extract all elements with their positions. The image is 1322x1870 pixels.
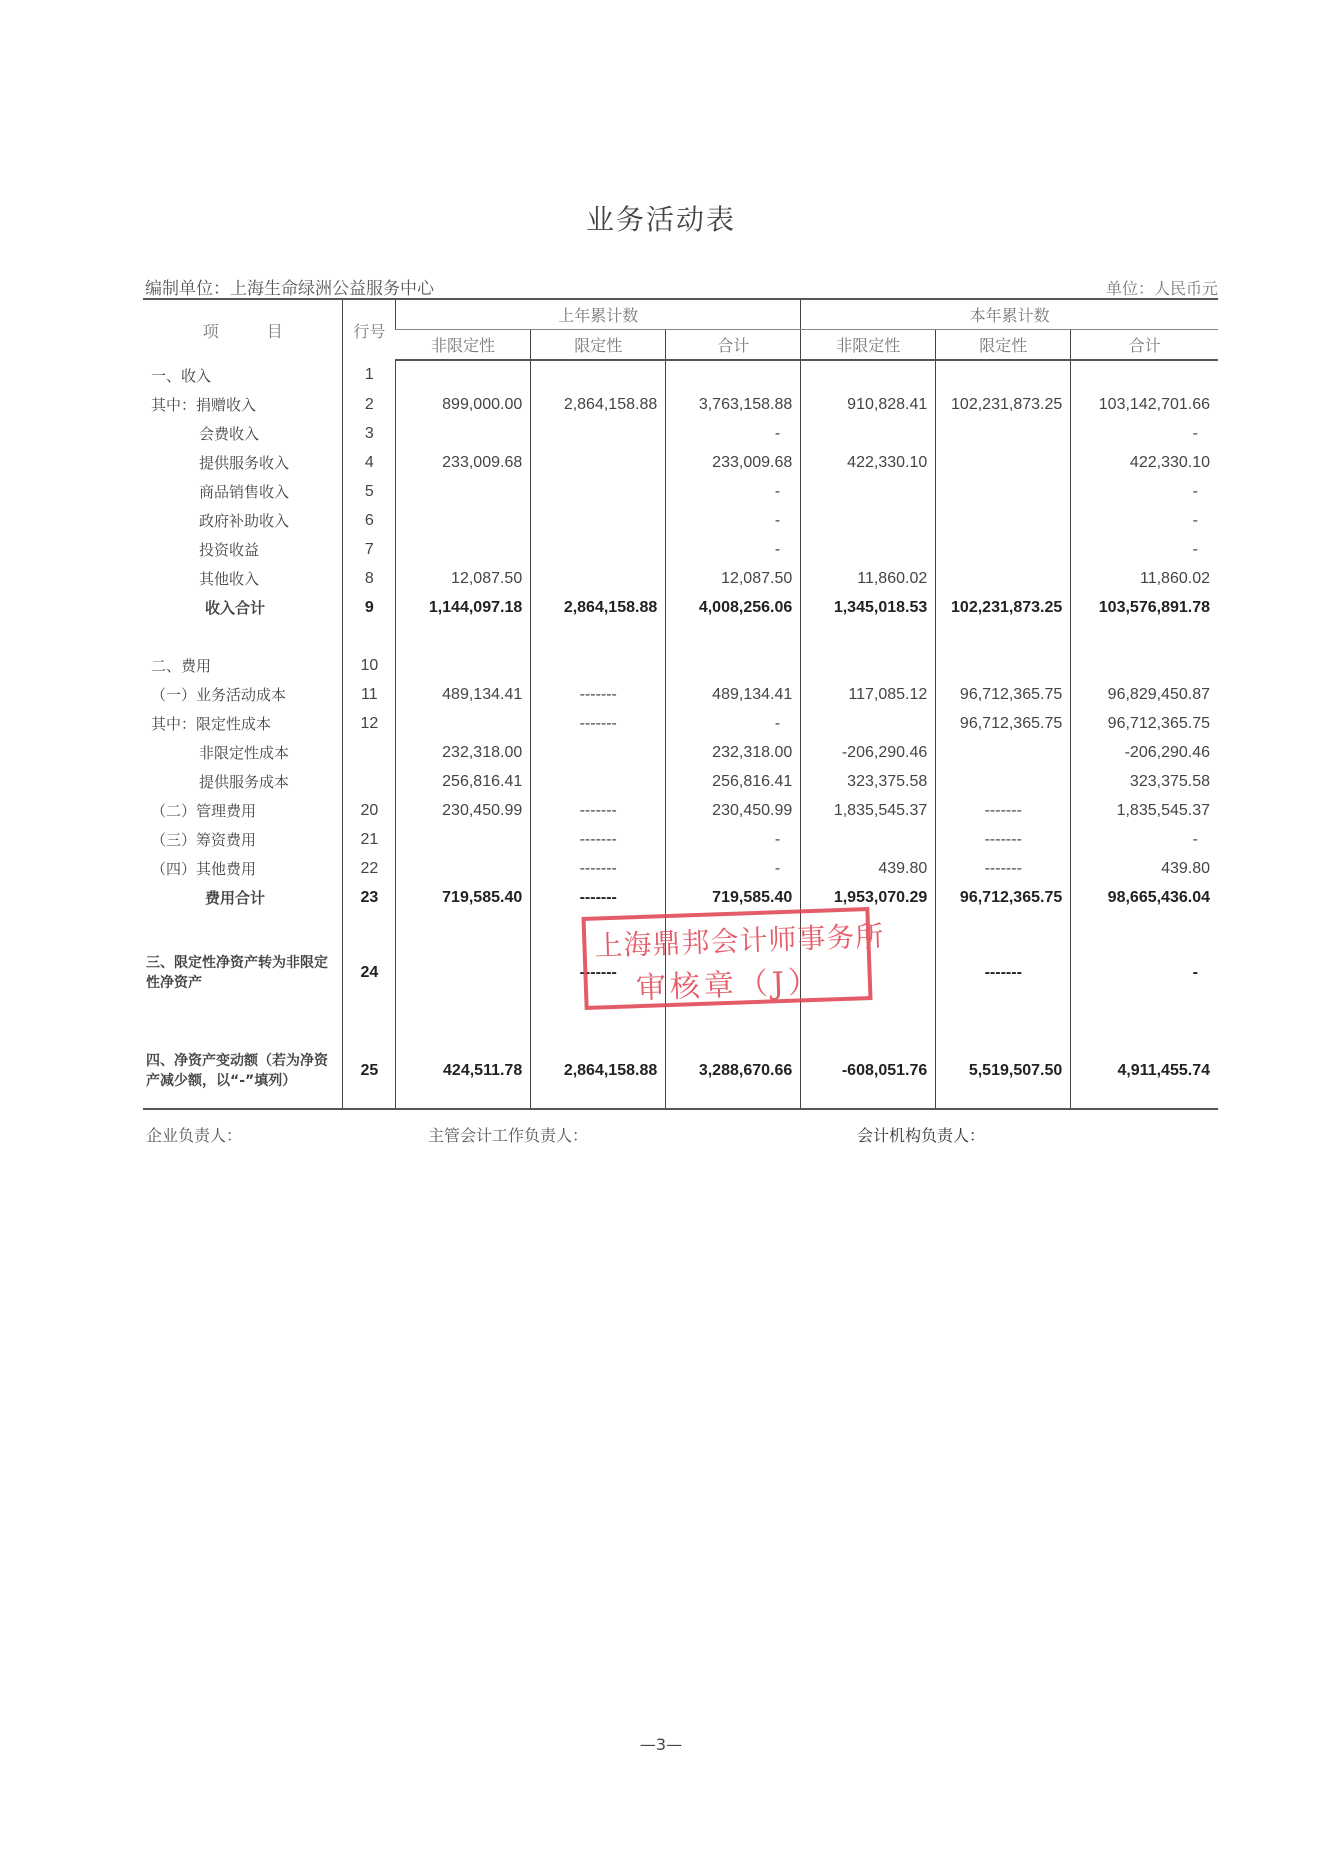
row-value: 424,511.78	[396, 1034, 531, 1109]
row-value: 323,375.58	[801, 767, 936, 796]
row-value	[801, 360, 936, 390]
row-value: 1,345,018.53	[801, 593, 936, 622]
row-value: 422,330.10	[1071, 448, 1218, 477]
row-value: 98,665,436.04	[1071, 883, 1218, 912]
row-value: 2,864,158.88	[531, 390, 666, 419]
row-value: 230,450.99	[666, 796, 801, 825]
table-row: 其中：限定性成本12--------96,712,365.7596,712,36…	[143, 709, 1218, 738]
row-value: -	[666, 477, 801, 506]
table-row: 投资收益7--	[143, 535, 1218, 564]
row-value: 11,860.02	[801, 564, 936, 593]
stamp-label: 审核章（J）	[635, 957, 822, 1007]
row-value	[666, 360, 801, 390]
row-value	[531, 564, 666, 593]
row-value	[531, 535, 666, 564]
row-value: -	[1071, 506, 1218, 535]
table-row: 一、收入1	[143, 360, 1218, 390]
row-line-number	[343, 767, 396, 796]
header-prev-year: 上年累计数	[396, 299, 801, 330]
table-row: 收入合计91,144,097.182,864,158.884,008,256.0…	[143, 593, 1218, 622]
row-value: 12,087.50	[396, 564, 531, 593]
table-row: （二）管理费用20230,450.99-------230,450.991,83…	[143, 796, 1218, 825]
row-value: 719,585.40	[666, 883, 801, 912]
row-item-label: 收入合计	[143, 593, 343, 622]
row-value: -------	[531, 796, 666, 825]
currency-unit: 单位：人民币元	[1106, 276, 1218, 299]
row-value: -	[666, 535, 801, 564]
row-item-label: 政府补助收入	[143, 506, 343, 535]
table-row: 四、净资产变动额（若为净资产减少额，以“-”填列）25424,511.782,8…	[143, 1034, 1218, 1109]
row-value	[801, 506, 936, 535]
row-value: -206,290.46	[801, 738, 936, 767]
row-item-label: 提供服务成本	[143, 767, 343, 796]
row-value	[396, 477, 531, 506]
header-this-restricted: 限定性	[936, 330, 1071, 361]
row-value: 422,330.10	[801, 448, 936, 477]
row-value: -------	[936, 941, 1071, 1005]
row-value	[801, 535, 936, 564]
row-value: -------	[531, 883, 666, 912]
table-row: 其他收入812,087.5012,087.5011,860.0211,860.0…	[143, 564, 1218, 593]
row-value	[531, 651, 666, 680]
signature-enterprise-head: 企业负责人：	[146, 1123, 242, 1146]
row-item-label: （二）管理费用	[143, 796, 343, 825]
row-value: -------	[531, 854, 666, 883]
row-line-number: 1	[343, 360, 396, 390]
row-value: -608,051.76	[801, 1034, 936, 1109]
row-value: 323,375.58	[1071, 767, 1218, 796]
header-prev-unrestricted: 非限定性	[396, 330, 531, 361]
row-value: -	[1071, 535, 1218, 564]
table-row: （三）筹资费用21----------------	[143, 825, 1218, 854]
header-line-no: 行号	[343, 299, 396, 360]
row-item-label: （三）筹资费用	[143, 825, 343, 854]
row-value: -206,290.46	[1071, 738, 1218, 767]
row-value: 1,835,545.37	[801, 796, 936, 825]
row-item-label: 一、收入	[143, 360, 343, 390]
row-item-label: 其中：捐赠收入	[143, 390, 343, 419]
row-item-label: 二、费用	[143, 651, 343, 680]
table-row: 非限定性成本232,318.00232,318.00-206,290.46-20…	[143, 738, 1218, 767]
prepared-by: 编制单位：上海生命绿洲公益服务中心	[145, 274, 434, 299]
row-item-label: （一）业务活动成本	[143, 680, 343, 709]
row-value: 4,008,256.06	[666, 593, 801, 622]
row-value: 489,134.41	[396, 680, 531, 709]
row-value: 102,231,873.25	[936, 390, 1071, 419]
row-value: 3,763,158.88	[666, 390, 801, 419]
row-value: 232,318.00	[666, 738, 801, 767]
row-value	[936, 360, 1071, 390]
row-value	[531, 738, 666, 767]
row-value	[936, 448, 1071, 477]
row-value	[801, 651, 936, 680]
row-line-number: 20	[343, 796, 396, 825]
row-value: 256,816.41	[396, 767, 531, 796]
row-value: 232,318.00	[396, 738, 531, 767]
row-value: 1,144,097.18	[396, 593, 531, 622]
row-value: 439.80	[1071, 854, 1218, 883]
row-value	[396, 535, 531, 564]
row-value: -	[666, 854, 801, 883]
row-value: 899,000.00	[396, 390, 531, 419]
row-value	[936, 419, 1071, 448]
row-value	[936, 738, 1071, 767]
row-value: -------	[936, 796, 1071, 825]
row-line-number	[343, 738, 396, 767]
signature-accounting-supervisor: 主管会计工作负责人：	[428, 1123, 588, 1146]
row-value: 12,087.50	[666, 564, 801, 593]
row-value	[396, 854, 531, 883]
row-value	[531, 360, 666, 390]
row-value: 489,134.41	[666, 680, 801, 709]
table-row: （四）其他费用22--------439.80-------439.80	[143, 854, 1218, 883]
row-value	[936, 651, 1071, 680]
row-line-number: 5	[343, 477, 396, 506]
audit-stamp: 上海鼎邦会计师事务所 审核章（J）	[581, 907, 872, 1010]
row-item-label: 四、净资产变动额（若为净资产减少额，以“-”填列）	[143, 1034, 343, 1109]
row-item-label: 三、限定性净资产转为非限定性净资产	[143, 941, 343, 1005]
row-value	[396, 419, 531, 448]
row-line-number: 22	[343, 854, 396, 883]
row-value: 103,142,701.66	[1071, 390, 1218, 419]
row-value: 233,009.68	[666, 448, 801, 477]
table-row: 其中：捐赠收入2899,000.002,864,158.883,763,158.…	[143, 390, 1218, 419]
row-value	[396, 941, 531, 1005]
table-row: 费用合计23719,585.40-------719,585.401,953,0…	[143, 883, 1218, 912]
row-line-number: 6	[343, 506, 396, 535]
header-item: 项 目	[143, 299, 343, 360]
row-value	[531, 419, 666, 448]
row-item-label: （四）其他费用	[143, 854, 343, 883]
row-value: -	[666, 506, 801, 535]
row-value	[1071, 360, 1218, 390]
row-value	[936, 564, 1071, 593]
row-value: -------	[936, 825, 1071, 854]
row-value: 103,576,891.78	[1071, 593, 1218, 622]
header-prev-total: 合计	[666, 330, 801, 361]
row-value	[531, 506, 666, 535]
row-item-label: 非限定性成本	[143, 738, 343, 767]
spacer-row	[143, 1005, 1218, 1034]
spacer-row	[143, 622, 1218, 651]
row-line-number: 3	[343, 419, 396, 448]
row-line-number: 23	[343, 883, 396, 912]
row-line-number: 4	[343, 448, 396, 477]
row-value	[531, 477, 666, 506]
row-value: 719,585.40	[396, 883, 531, 912]
table-row: 政府补助收入6--	[143, 506, 1218, 535]
row-line-number: 8	[343, 564, 396, 593]
row-value: 11,860.02	[1071, 564, 1218, 593]
row-line-number: 12	[343, 709, 396, 738]
row-value: 96,712,365.75	[936, 709, 1071, 738]
row-value	[801, 825, 936, 854]
header-this-year: 本年累计数	[801, 299, 1218, 330]
row-value: 96,712,365.75	[1071, 709, 1218, 738]
row-value: 5,519,507.50	[936, 1034, 1071, 1109]
row-value: -	[1071, 941, 1218, 1005]
row-value: 96,712,365.75	[936, 883, 1071, 912]
row-value: -	[666, 709, 801, 738]
table-row: 提供服务收入4233,009.68233,009.68422,330.10422…	[143, 448, 1218, 477]
row-value	[936, 535, 1071, 564]
row-value	[396, 360, 531, 390]
row-value: -	[1071, 825, 1218, 854]
table-row: 商品销售收入5--	[143, 477, 1218, 506]
row-value	[666, 651, 801, 680]
row-value: 2,864,158.88	[531, 1034, 666, 1109]
row-value	[801, 477, 936, 506]
table-row: （一）业务活动成本11489,134.41-------489,134.4111…	[143, 680, 1218, 709]
row-item-label: 其中：限定性成本	[143, 709, 343, 738]
row-line-number: 9	[343, 593, 396, 622]
row-value	[936, 767, 1071, 796]
row-value: 439.80	[801, 854, 936, 883]
row-item-label: 提供服务收入	[143, 448, 343, 477]
row-value: -------	[531, 680, 666, 709]
row-value	[531, 767, 666, 796]
row-item-label: 其他收入	[143, 564, 343, 593]
row-value	[396, 651, 531, 680]
header-this-total: 合计	[1071, 330, 1218, 361]
row-value: -------	[531, 825, 666, 854]
row-value: 233,009.68	[396, 448, 531, 477]
row-value: -	[1071, 419, 1218, 448]
row-line-number: 25	[343, 1034, 396, 1109]
page-number: —3—	[0, 1735, 1322, 1754]
row-value: -	[666, 419, 801, 448]
row-value: -------	[531, 709, 666, 738]
row-value: 96,712,365.75	[936, 680, 1071, 709]
row-value: 3,288,670.66	[666, 1034, 801, 1109]
row-value: 230,450.99	[396, 796, 531, 825]
table-row: 提供服务成本256,816.41256,816.41323,375.58323,…	[143, 767, 1218, 796]
row-line-number: 10	[343, 651, 396, 680]
row-value: 910,828.41	[801, 390, 936, 419]
row-value	[396, 709, 531, 738]
header-prev-restricted: 限定性	[531, 330, 666, 361]
row-value: -	[666, 825, 801, 854]
row-value: 1,835,545.37	[1071, 796, 1218, 825]
header-this-unrestricted: 非限定性	[801, 330, 936, 361]
row-line-number: 21	[343, 825, 396, 854]
table-row: 会费收入3--	[143, 419, 1218, 448]
row-value: 256,816.41	[666, 767, 801, 796]
row-item-label: 会费收入	[143, 419, 343, 448]
row-item-label: 费用合计	[143, 883, 343, 912]
row-line-number: 7	[343, 535, 396, 564]
row-line-number: 24	[343, 941, 396, 1005]
report-title: 业务活动表	[0, 198, 1322, 238]
row-value: 96,829,450.87	[1071, 680, 1218, 709]
row-value	[531, 448, 666, 477]
row-value: 102,231,873.25	[936, 593, 1071, 622]
row-value	[801, 709, 936, 738]
row-value: -	[1071, 477, 1218, 506]
row-value: 117,085.12	[801, 680, 936, 709]
row-item-label: 投资收益	[143, 535, 343, 564]
row-value	[1071, 651, 1218, 680]
row-value: 2,864,158.88	[531, 593, 666, 622]
row-line-number: 11	[343, 680, 396, 709]
stamp-firm-name: 上海鼎邦会计师事务所	[594, 915, 885, 965]
row-value	[396, 506, 531, 535]
row-value: -------	[936, 854, 1071, 883]
row-value	[801, 419, 936, 448]
signature-accounting-head: 会计机构负责人：	[857, 1123, 985, 1146]
row-value	[936, 477, 1071, 506]
row-value	[936, 506, 1071, 535]
row-value	[396, 825, 531, 854]
row-value: 4,911,455.74	[1071, 1034, 1218, 1109]
row-item-label: 商品销售收入	[143, 477, 343, 506]
row-line-number: 2	[343, 390, 396, 419]
table-row: 二、费用10	[143, 651, 1218, 680]
